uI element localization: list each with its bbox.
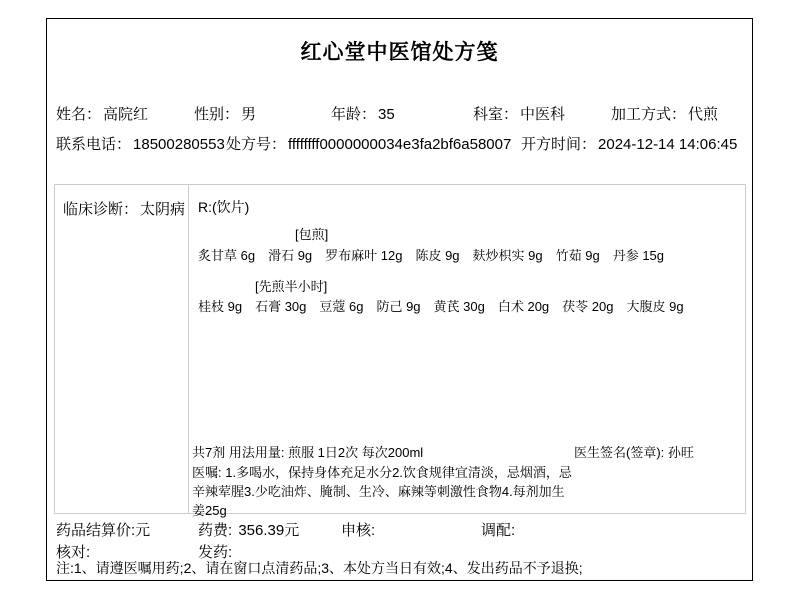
patient-age-label: 年龄： [331,106,376,123]
diagnosis-label: 临床诊断： [63,201,138,218]
rx-header: R:(饮片) [198,198,737,216]
rx-number-label: 处方号： [226,136,286,153]
prescription-body-box: 临床诊断：太阴病 R:(饮片) [包煎] 炙甘草 6g滑石 9g罗布麻叶 12g… [54,184,746,514]
herb-item: 豆蔻 6g [319,299,363,314]
herb-item: 石膏 30g [255,299,306,314]
footer-row-1: 药品结算价:元 药费: 356.39元 申核: 调配: [56,519,743,541]
herb-item: 茯苓 20g [562,299,613,314]
herb-item: 桂枝 9g [198,299,242,314]
herb-item: 黄芪 30g [434,299,485,314]
herb-item: 丹参 15g [613,248,664,263]
diagnosis-value: 太阴病 [140,201,185,218]
herb-line-1: 炙甘草 6g滑石 9g罗布麻叶 12g陈皮 9g麸炒枳实 9g竹茹 9g丹参 1… [198,247,737,265]
rx-bottom-block: 共7剂 用法用量: 煎服 1日2次 每次200ml 医生签名(签章): 孙旺 医… [192,444,743,520]
herb-item: 大腹皮 9g [626,299,683,314]
department-field: 科室：中医科 [473,103,565,124]
patient-gender-label: 性别： [194,106,239,123]
herb-line-2: 桂枝 9g石膏 30g豆蔻 6g防己 9g黄芪 30g白术 20g茯苓 20g大… [198,298,737,316]
patient-age-field: 年龄：35 [331,103,395,124]
doctor-signature-value: 孙旺 [668,445,694,460]
doctor-signature-label: 医生签名(签章): [574,445,668,460]
prescription-page: 红心堂中医馆处方笺 姓名：高院红 性别：男 年龄：35 科室：中医科 加工方式：… [0,0,800,600]
processing-method-field: 加工方式：代煎 [611,103,718,124]
footer-section: 药品结算价:元 药费: 356.39元 申核: 调配: 核对: 发药: 注:1、… [56,519,743,577]
doctor-signature-field: 医生签名(签章): 孙旺 [574,444,694,462]
patient-gender-value: 男 [241,106,256,123]
rx-time-field: 开方时间：2024-12-14 14:06:45 [521,133,737,154]
fee-value: 356.39元 [238,522,299,539]
patient-name-value: 高院红 [103,106,148,123]
herb-item: 防己 9g [376,299,420,314]
footer-note: 注:1、请遵医嘱用药;2、请在窗口点清药品;3、本处方当日有效;4、发出药品不予… [56,559,743,577]
patient-gender-field: 性别：男 [194,103,256,124]
medical-advice-text: 医嘱: 1.多喝水，保持身体充足水分2.饮食规律宜清淡，忌烟酒，忌辛辣荤腥3.少… [192,463,577,520]
herb-item: 竹茹 9g [556,248,600,263]
dispense-label: 发药: [198,541,232,562]
settle-price-label: 药品结算价:元 [56,519,150,540]
phone-label: 联系电话： [56,136,131,153]
fee-field: 药费: 356.39元 [198,519,299,540]
contact-info-row: 联系电话：18500280553 处方号：ffffffff0000000034e… [47,133,752,153]
usage-row: 共7剂 用法用量: 煎服 1日2次 每次200ml 医生签名(签章): 孙旺 [192,444,743,462]
patient-info-row: 姓名：高院红 性别：男 年龄：35 科室：中医科 加工方式：代煎 [47,103,752,123]
phone-value: 18500280553 [133,136,225,153]
prescription-form: 红心堂中医馆处方笺 姓名：高院红 性别：男 年龄：35 科室：中医科 加工方式：… [46,18,753,581]
form-title: 红心堂中医馆处方笺 [47,36,752,66]
fee-label: 药费: [198,522,232,539]
herb-item: 炙甘草 6g [198,248,255,263]
review-label: 申核: [341,519,375,540]
usage-text: 共7剂 用法用量: 煎服 1日2次 每次200ml [192,444,574,462]
rx-time-value: 2024-12-14 14:06:45 [598,136,737,153]
patient-name-label: 姓名： [56,106,101,123]
herb-item: 罗布麻叶 12g [325,248,402,263]
patient-age-value: 35 [378,106,395,123]
decoction-method-label-2: [先煎半小时] [198,278,737,296]
phone-field: 联系电话：18500280553 [56,133,225,154]
check-label: 核对: [56,541,90,562]
footer-row-2: 核对: 发药: [56,541,743,559]
department-value: 中医科 [520,106,565,123]
rx-number-field: 处方号：ffffffff0000000034e3fa2bf6a58007 [226,133,511,154]
prepare-label: 调配: [481,519,515,540]
diagnosis-cell: 临床诊断：太阴病 [55,185,189,513]
patient-name-field: 姓名：高院红 [56,103,148,124]
processing-method-label: 加工方式： [611,106,686,123]
rx-number-value: ffffffff0000000034e3fa2bf6a58007 [288,136,511,153]
herb-item: 白术 20g [498,299,549,314]
rx-cell: R:(饮片) [包煎] 炙甘草 6g滑石 9g罗布麻叶 12g陈皮 9g麸炒枳实… [190,185,745,513]
rx-time-label: 开方时间： [521,136,596,153]
processing-method-value: 代煎 [688,106,718,123]
herb-item: 陈皮 9g [415,248,459,263]
herb-item: 麸炒枳实 9g [473,248,543,263]
decoction-method-label-1: [包煎] [198,226,737,244]
department-label: 科室： [473,106,518,123]
herb-item: 滑石 9g [268,248,312,263]
